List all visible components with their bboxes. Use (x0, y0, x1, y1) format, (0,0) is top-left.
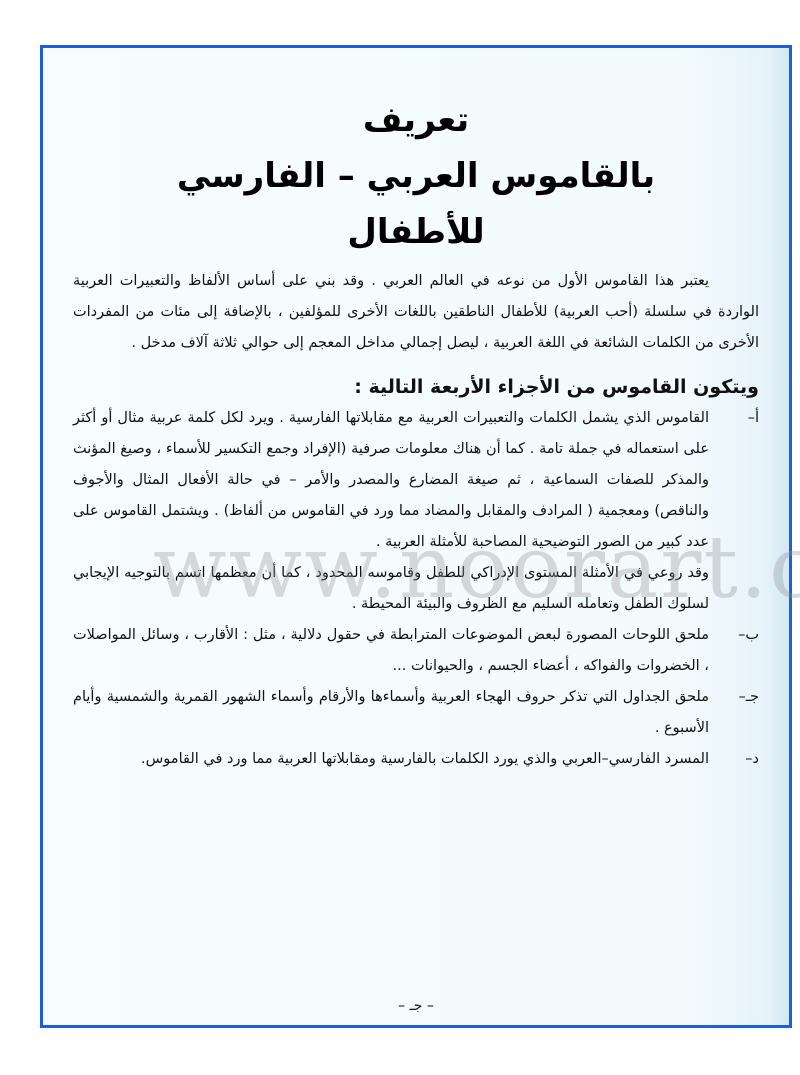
item-label: أ– (748, 403, 759, 434)
item-text: القاموس الذي يشمل الكلمات والتعبيرات الع… (73, 403, 709, 558)
list-item-b: ب– ملحق اللوحات المصورة لبعض الموضوعات ا… (73, 620, 759, 682)
item-text: وقد روعي في الأمثلة المستوى الإدراكي للط… (73, 558, 709, 620)
item-text: ملحق اللوحات المصورة لبعض الموضوعات المت… (73, 620, 709, 682)
item-label: جـ– (739, 682, 759, 713)
page-number: – جـ – (43, 998, 789, 1014)
list-item-a: أ– القاموس الذي يشمل الكلمات والتعبيرات … (73, 403, 759, 620)
item-text: ملحق الجداول التي تذكر حروف الهجاء العرب… (73, 682, 709, 744)
title-block: تعريف بالقاموس العربي – الفارسي للأطفال (43, 92, 789, 260)
list-item-c: جـ– ملحق الجداول التي تذكر حروف الهجاء ا… (73, 682, 759, 744)
item-text: المسرد الفارسي–العربي والذي يورد الكلمات… (73, 744, 709, 775)
body-content: يعتبر هذا القاموس الأول من نوعه في العال… (73, 266, 759, 775)
section-heading: ويتكون القاموس من الأجزاء الأربعة التالي… (73, 371, 759, 403)
page-frame: تعريف بالقاموس العربي – الفارسي للأطفال … (40, 45, 792, 1028)
item-label: د– (745, 744, 759, 775)
list-item-d: د– المسرد الفارسي–العربي والذي يورد الكل… (73, 744, 759, 775)
title-line-2: بالقاموس العربي – الفارسي (43, 148, 789, 204)
intro-paragraph: يعتبر هذا القاموس الأول من نوعه في العال… (73, 266, 759, 359)
title-line-1: تعريف (43, 92, 789, 148)
item-label: ب– (738, 620, 759, 651)
title-line-3: للأطفال (43, 204, 789, 260)
